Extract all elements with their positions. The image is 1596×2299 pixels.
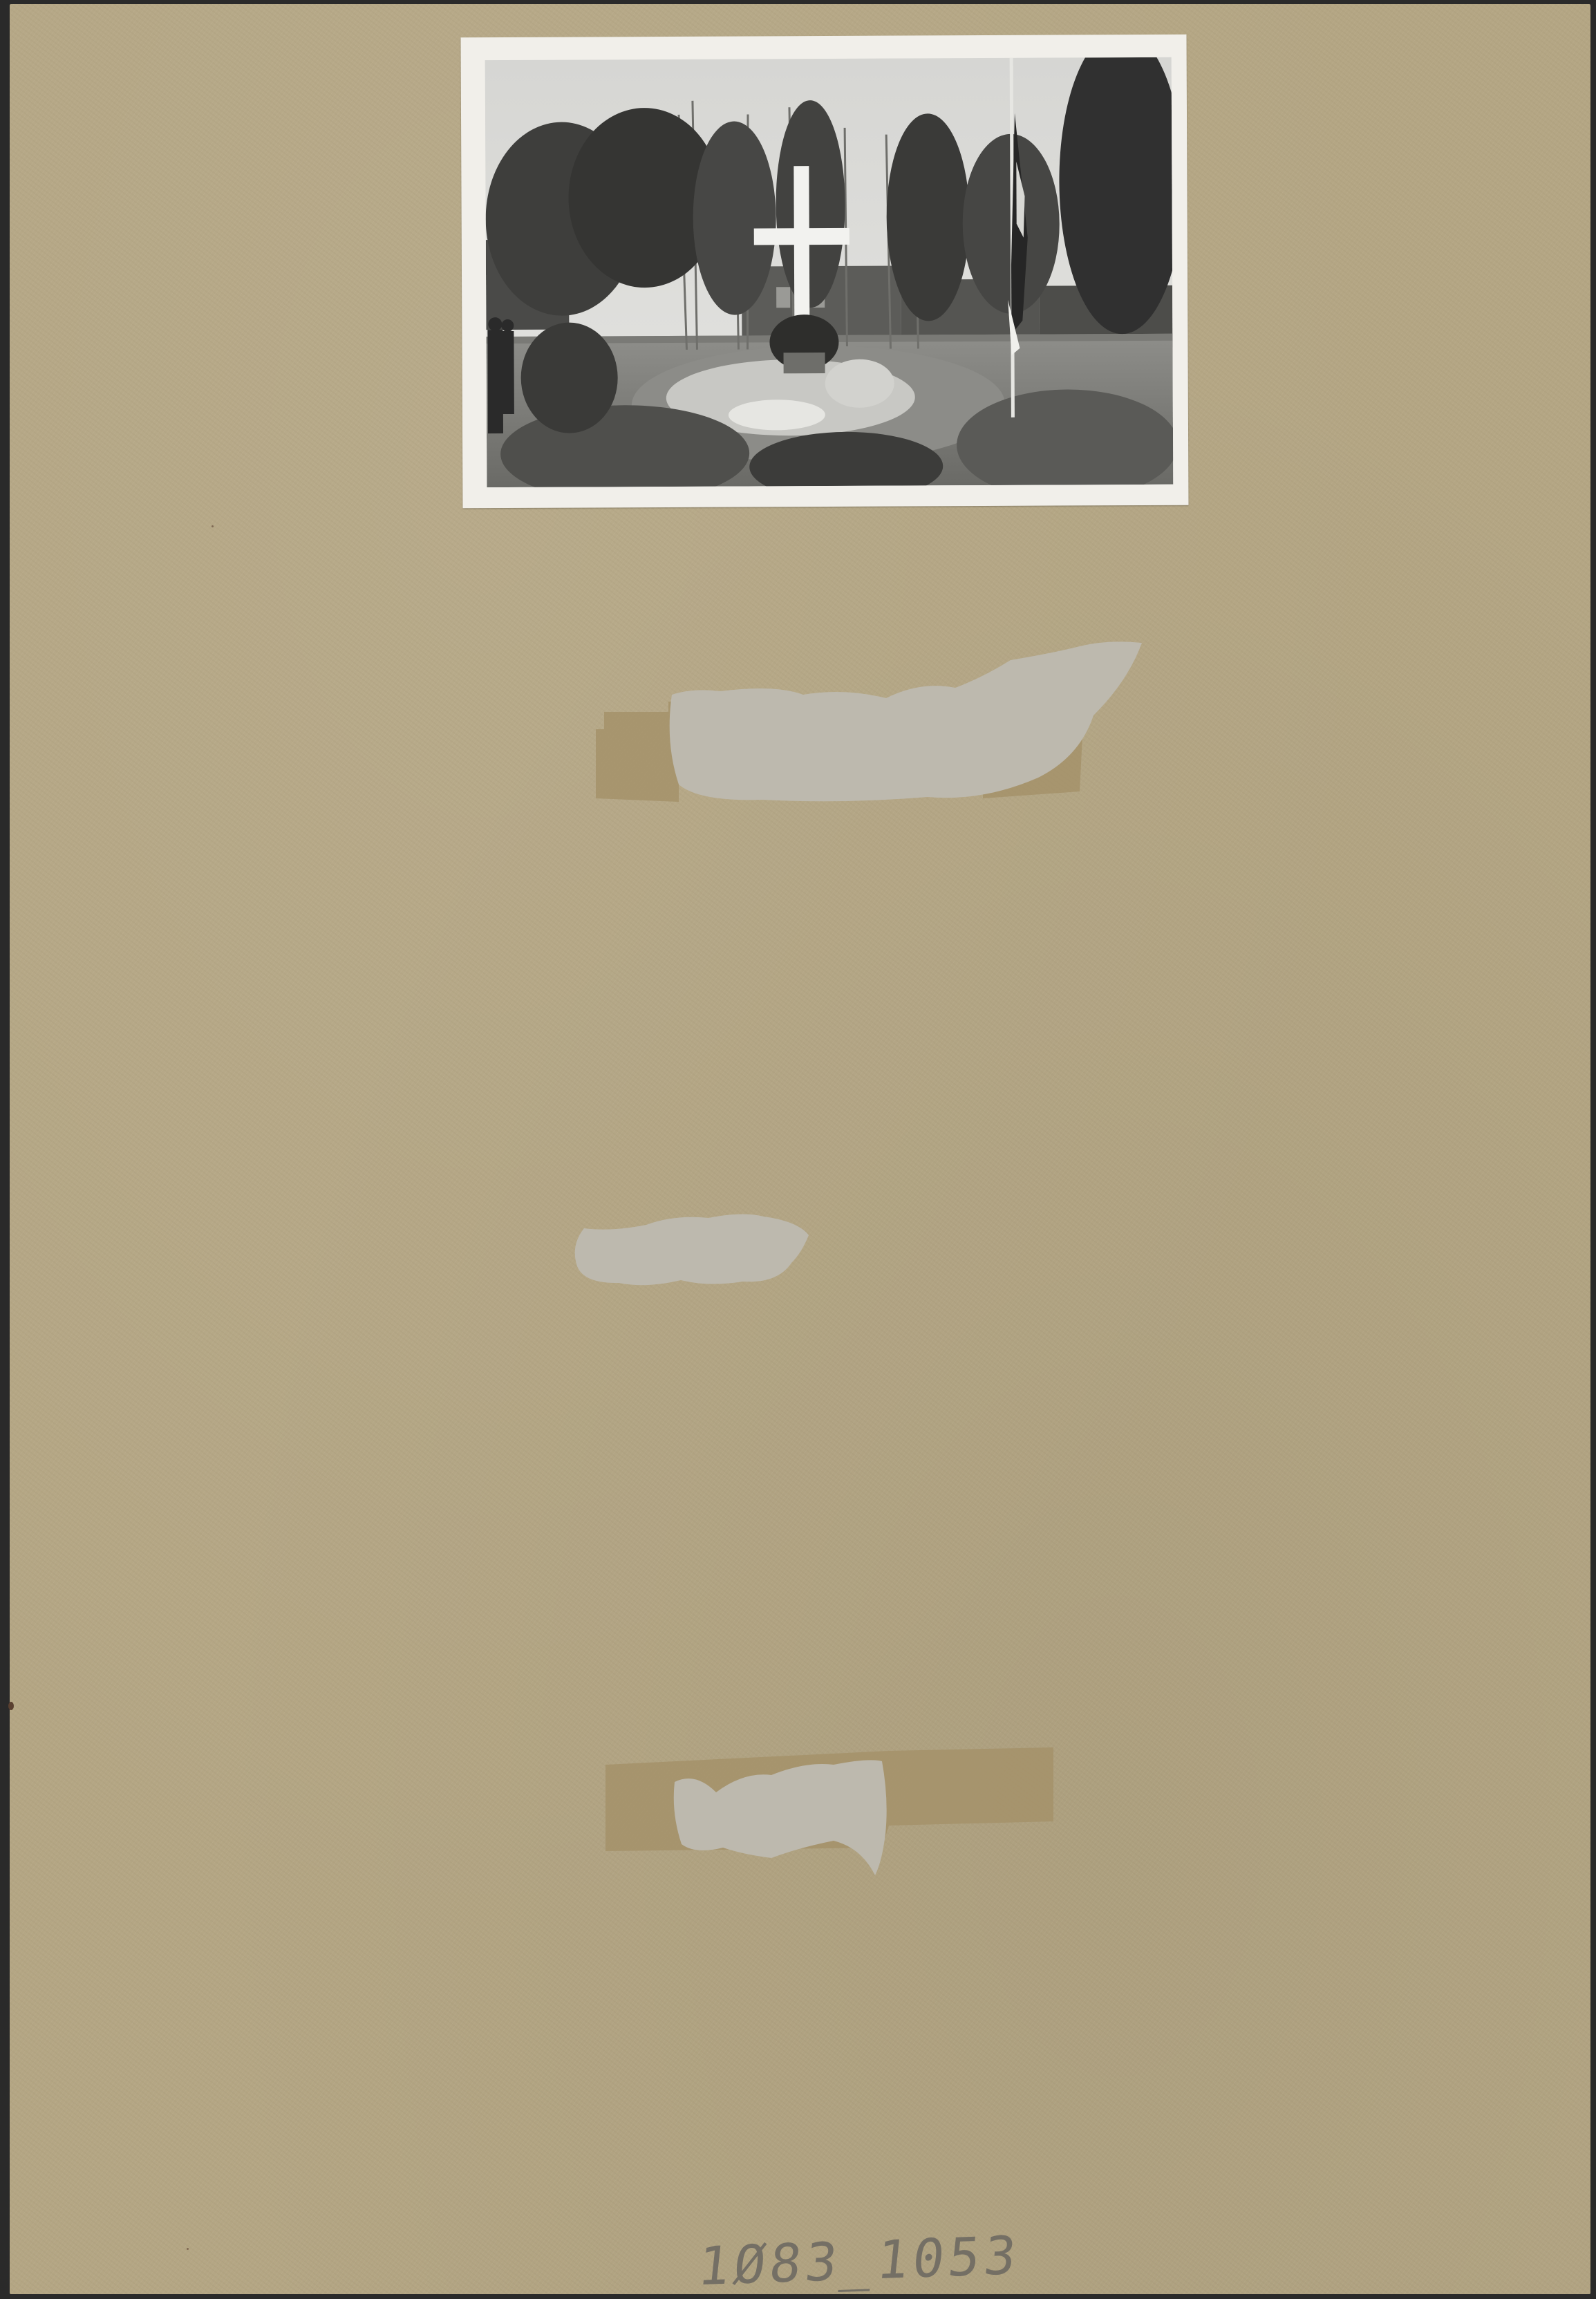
memorial-photo [485, 57, 1174, 487]
handwritten-catalog-number: 1Ø83_1053 [695, 2224, 1023, 2298]
tape-residue-lower [605, 1744, 1053, 1875]
tape-residue-upper [596, 639, 1142, 802]
paper-speck [187, 2248, 189, 2250]
tape-residue-middle [570, 1211, 816, 1288]
photo-print [461, 35, 1189, 509]
paper-speck [8, 1702, 14, 1710]
paper-speck [212, 525, 214, 527]
